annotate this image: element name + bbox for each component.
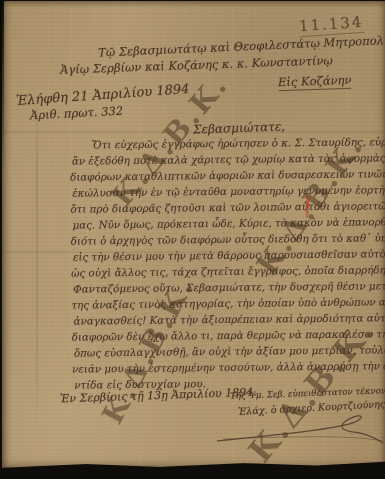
recipient-location: Εἰς Κοζάνην (278, 73, 352, 92)
left-edge-shadow (0, 0, 4, 170)
letter-photo: Κ.Δ.Β.Κ. Κ.Δ.Β.Κ. Κ.Δ.Β.Κ. Κ.Δ.Β.Κ. 11.1… (0, 0, 385, 479)
signature-flourish (213, 412, 385, 450)
body-line: νειάν μου τὴν ἐστερημένην τοσούτων, ἀλλὰ… (72, 358, 376, 377)
vertical-crease (36, 95, 38, 435)
letter-body: Ὅτι εὐχερῶς ἐγγράφως ἠρώτησεν ὁ κ. Σ. Στ… (70, 134, 377, 393)
